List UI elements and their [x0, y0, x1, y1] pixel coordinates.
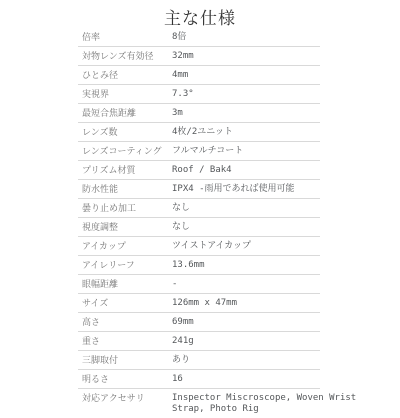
spec-value: 69mm — [172, 317, 368, 328]
spec-label: レンズコーティング — [78, 146, 172, 157]
spec-label: 視度調整 — [78, 222, 172, 233]
spec-value: 7.3° — [172, 89, 368, 100]
spec-row: 視度調整 なし — [78, 218, 320, 237]
spec-label: 曇り止め加工 — [78, 203, 172, 214]
spec-value: 13.6mm — [172, 260, 368, 271]
spec-row: 三脚取付 あり — [78, 351, 320, 370]
spec-table: 倍率 8倍 対物レンズ有効径 32mm ひとみ径 4mm 実視界 7.3° 最短… — [78, 28, 320, 400]
spec-value: なし — [172, 203, 368, 214]
spec-row: 倍率 8倍 — [78, 28, 320, 47]
spec-value: 4mm — [172, 70, 368, 81]
spec-value: フルマルチコート — [172, 146, 368, 157]
spec-value: - — [172, 279, 368, 290]
spec-label: アイカップ — [78, 241, 172, 252]
spec-row: アイレリーフ 13.6mm — [78, 256, 320, 275]
spec-label: 倍率 — [78, 32, 172, 43]
spec-label: ひとみ径 — [78, 70, 172, 81]
spec-label: アイレリーフ — [78, 260, 172, 271]
spec-value: Roof / Bak4 — [172, 165, 368, 176]
spec-label: 防水性能 — [78, 184, 172, 195]
spec-value: Inspector Miscroscope, Woven Wrist Strap… — [172, 393, 368, 400]
spec-row: サイズ 126mm x 47mm — [78, 294, 320, 313]
spec-row: ひとみ径 4mm — [78, 66, 320, 85]
spec-row: アイカップ ツイストアイカップ — [78, 237, 320, 256]
spec-row: 明るさ 16 — [78, 370, 320, 389]
spec-row: レンズコーティング フルマルチコート — [78, 142, 320, 161]
spec-value: 241g — [172, 336, 368, 347]
spec-value: 3m — [172, 108, 368, 119]
spec-value: 32mm — [172, 51, 368, 62]
spec-label: 対応アクセサリ — [78, 393, 172, 400]
spec-label: 重さ — [78, 336, 172, 347]
spec-row: 対物レンズ有効径 32mm — [78, 47, 320, 66]
spec-label: 高さ — [78, 317, 172, 328]
spec-label: プリズム材質 — [78, 165, 172, 176]
spec-value: なし — [172, 222, 368, 233]
page-title: 主な仕様 — [0, 0, 400, 29]
spec-value: 8倍 — [172, 32, 368, 43]
spec-row: 高さ 69mm — [78, 313, 320, 332]
spec-label: 三脚取付 — [78, 355, 172, 366]
spec-value: 126mm x 47mm — [172, 298, 368, 309]
spec-label: レンズ数 — [78, 127, 172, 138]
spec-label: 対物レンズ有効径 — [78, 51, 172, 62]
spec-label: 眼幅距離 — [78, 279, 172, 290]
spec-row: 対応アクセサリ Inspector Miscroscope, Woven Wri… — [78, 389, 320, 400]
spec-value: あり — [172, 355, 368, 366]
spec-value: 4枚/2ユニット — [172, 127, 368, 138]
spec-row: 眼幅距離 - — [78, 275, 320, 294]
spec-row: 最短合焦距離 3m — [78, 104, 320, 123]
spec-label: 明るさ — [78, 374, 172, 385]
spec-label: 実視界 — [78, 89, 172, 100]
spec-label: サイズ — [78, 298, 172, 309]
spec-value: 16 — [172, 374, 368, 385]
spec-row: 実視界 7.3° — [78, 85, 320, 104]
spec-row: 重さ 241g — [78, 332, 320, 351]
spec-row: プリズム材質 Roof / Bak4 — [78, 161, 320, 180]
spec-row: 防水性能 IPX4 -雨用であれば使用可能 — [78, 180, 320, 199]
spec-label: 最短合焦距離 — [78, 108, 172, 119]
spec-value: IPX4 -雨用であれば使用可能 — [172, 184, 368, 195]
spec-row: 曇り止め加工 なし — [78, 199, 320, 218]
spec-row: レンズ数 4枚/2ユニット — [78, 123, 320, 142]
spec-value: ツイストアイカップ — [172, 241, 368, 252]
